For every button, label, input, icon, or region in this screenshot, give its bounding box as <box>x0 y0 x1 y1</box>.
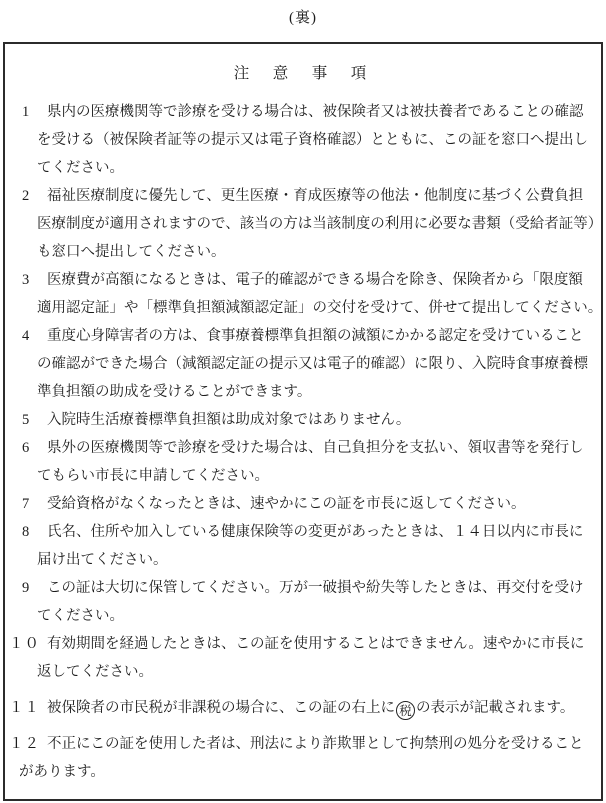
notice-box: 注 意 事 項 1県内の医療機関等で診療を受ける場合は、被保険者又は被扶養者であ… <box>3 42 603 801</box>
item-line: １０有効期間を経過したときは、この証を使用することはできません。速やかに市長に <box>7 630 597 658</box>
item-number: １０ <box>7 630 47 658</box>
item-line: 1県内の医療機関等で診療を受ける場合は、被保険者又は被扶養者であることの確認 <box>7 98 597 126</box>
notice-item: 1県内の医療機関等で診療を受ける場合は、被保険者又は被扶養者であることの確認を受… <box>7 98 597 182</box>
notice-list: 1県内の医療機関等で診療を受ける場合は、被保険者又は被扶養者であることの確認を受… <box>7 98 597 786</box>
item-line: 届け出てください。 <box>7 546 597 574</box>
circled-tax-mark: 税 <box>396 701 415 720</box>
item-text: の表示が記載されます。 <box>416 700 574 716</box>
item-text: 氏名、住所や加入している健康保険等の変更があったときは、１４日以内に市長に <box>47 524 583 540</box>
item-line: １１被保険者の市民税が非課税の場合に、この証の右上に税の表示が記載されます。 <box>7 694 597 722</box>
notice-item: １０有効期間を経過したときは、この証を使用することはできません。速やかに市長に返… <box>7 630 597 686</box>
notice-item: 9この証は大切に保管してください。万が一破損や紛失等したときは、再交付を受けてく… <box>7 574 597 630</box>
notice-item: １１被保険者の市民税が非課税の場合に、この証の右上に税の表示が記載されます。 <box>7 694 597 722</box>
notice-title: 注 意 事 項 <box>7 60 597 88</box>
notice-item: 7受給資格がなくなったときは、速やかにこの証を市長に返してください。 <box>7 490 597 518</box>
item-number: 6 <box>7 434 47 462</box>
item-number: 1 <box>7 98 47 126</box>
item-number: 5 <box>7 406 47 434</box>
item-line: 適用認定証」や「標準負担額減額認定証」の交付を受けて、併せて提出してください。 <box>7 294 597 322</box>
item-text: この証は大切に保管してください。万が一破損や紛失等したときは、再交付を受け <box>47 580 584 596</box>
item-line: 返してください。 <box>7 658 597 686</box>
item-text: 重度心身障害者の方は、食事療養標準負担額の減額にかかる認定を受けていること <box>47 328 584 344</box>
item-line: てもらい市長に申請してください。 <box>7 462 597 490</box>
item-line: を受ける（被保険者証等の提示又は電子資格確認）とともに、この証を窓口へ提出し <box>7 126 597 154</box>
item-line: 医療制度が適用されますので、該当の方は当該制度の利用に必要な書類（受給者証等） <box>7 210 597 238</box>
item-line: 9この証は大切に保管してください。万が一破損や紛失等したときは、再交付を受け <box>7 574 597 602</box>
item-number: 4 <box>7 322 47 350</box>
notice-item: 8氏名、住所や加入している健康保険等の変更があったときは、１４日以内に市長に届け… <box>7 518 597 574</box>
item-text: 入院時生活療養標準負担額は助成対象ではありません。 <box>47 412 410 428</box>
item-line: 5入院時生活療養標準負担額は助成対象ではありません。 <box>7 406 597 434</box>
item-number: １１ <box>7 694 47 722</box>
item-number: 8 <box>7 518 47 546</box>
item-number: 3 <box>7 266 47 294</box>
item-number: 9 <box>7 574 47 602</box>
notice-item: 6県外の医療機関等で診療を受けた場合は、自己負担分を支払い、領収書等を発行しても… <box>7 434 597 490</box>
notice-item: 5入院時生活療養標準負担額は助成対象ではありません。 <box>7 406 597 434</box>
item-text: 有効期間を経過したときは、この証を使用することはできません。速やかに市長に <box>47 636 584 652</box>
item-text: 県外の医療機関等で診療を受けた場合は、自己負担分を支払い、領収書等を発行し <box>47 440 584 456</box>
item-line: 6県外の医療機関等で診療を受けた場合は、自己負担分を支払い、領収書等を発行し <box>7 434 597 462</box>
notice-item: 2福祉医療制度に優先して、更生医療・育成医療等の他法・他制度に基づく公費負担医療… <box>7 182 597 266</box>
item-text: 福祉医療制度に優先して、更生医療・育成医療等の他法・他制度に基づく公費負担 <box>47 188 583 204</box>
notice-item: １２不正にこの証を使用した者は、刑法により詐欺罪として拘禁刑の処分を受けることが… <box>7 730 597 786</box>
item-number: １２ <box>7 730 47 758</box>
item-line: 8氏名、住所や加入している健康保険等の変更があったときは、１４日以内に市長に <box>7 518 597 546</box>
item-line: 4重度心身障害者の方は、食事療養標準負担額の減額にかかる認定を受けていること <box>7 322 597 350</box>
item-text: 被保険者の市民税が非課税の場合に、この証の右上に <box>47 700 395 716</box>
notice-item: 4重度心身障害者の方は、食事療養標準負担額の減額にかかる認定を受けていることの確… <box>7 322 597 406</box>
item-line: 7受給資格がなくなったときは、速やかにこの証を市長に返してください。 <box>7 490 597 518</box>
item-text: 医療費が高額になるときは、電子的確認ができる場合を除き、保険者から「限度額 <box>47 272 583 288</box>
page-side-label: (裏) <box>0 0 606 29</box>
item-text: 受給資格がなくなったときは、速やかにこの証を市長に返してください。 <box>47 496 526 512</box>
item-line: の確認ができた場合（減額認定証の提示又は電子的確認）に限り、入院時食事療養標 <box>7 350 597 378</box>
item-line: 準負担額の助成を受けることができます。 <box>7 378 597 406</box>
item-line: 3医療費が高額になるときは、電子的確認ができる場合を除き、保険者から「限度額 <box>7 266 597 294</box>
item-line: があります。 <box>7 758 597 786</box>
item-text: 不正にこの証を使用した者は、刑法により詐欺罪として拘禁刑の処分を受けること <box>47 736 584 752</box>
item-line: 2福祉医療制度に優先して、更生医療・育成医療等の他法・他制度に基づく公費負担 <box>7 182 597 210</box>
item-number: 7 <box>7 490 47 518</box>
item-text: 県内の医療機関等で診療を受ける場合は、被保険者又は被扶養者であることの確認 <box>47 104 584 120</box>
notice-item: 3医療費が高額になるときは、電子的確認ができる場合を除き、保険者から「限度額適用… <box>7 266 597 322</box>
item-line: てください。 <box>7 154 597 182</box>
item-line: てください。 <box>7 602 597 630</box>
item-number: 2 <box>7 182 47 210</box>
item-line: も窓口へ提出してください。 <box>7 238 597 266</box>
item-line: １２不正にこの証を使用した者は、刑法により詐欺罪として拘禁刑の処分を受けること <box>7 730 597 758</box>
